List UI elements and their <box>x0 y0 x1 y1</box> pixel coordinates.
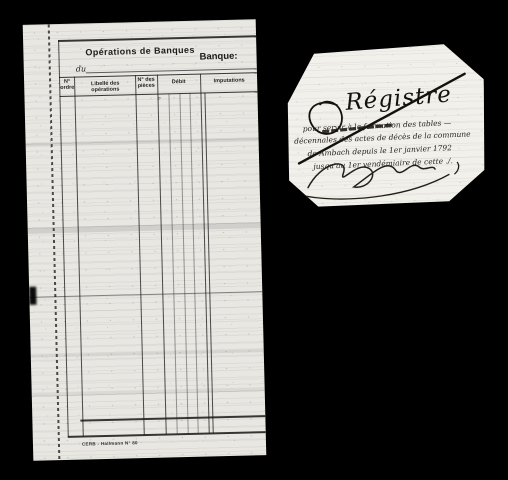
column-line-pieces <box>157 75 167 435</box>
column-header-ordre: N° ordre <box>60 79 74 92</box>
bank-label: Banque: <box>199 51 237 63</box>
form-left-border <box>58 40 69 437</box>
debit-subcolumn-line <box>179 93 188 434</box>
debit-subcolumn-line <box>189 93 198 434</box>
column-header-imputations: Imputations <box>202 77 256 85</box>
column-header-pieces: N° des pièces <box>136 77 156 90</box>
column-line-libelle <box>135 75 145 435</box>
ledger-form-page: Opérations de Banques Banque: du N° ordr… <box>23 19 267 461</box>
register-label: Régistre pour servir à la formation des … <box>284 37 489 211</box>
column-header-libelle: Libellé des opérations <box>76 80 134 94</box>
debit-subcolumn-line <box>168 93 177 434</box>
scanned-microfilm-frame: Opérations de Banques Banque: du N° ordr… <box>0 0 508 480</box>
form-title: Opérations de Banques <box>85 45 195 58</box>
column-header-debit: Débit <box>158 79 199 86</box>
column-line-ordre <box>74 77 84 437</box>
date-prefix: du <box>76 64 86 73</box>
total-row-line <box>80 415 265 421</box>
printer-imprint: CERB - Hallmann N° 80 <box>82 440 138 446</box>
currency-mark: F <box>158 97 161 103</box>
column-line-imputations <box>204 92 213 433</box>
form-top-border <box>58 35 256 41</box>
